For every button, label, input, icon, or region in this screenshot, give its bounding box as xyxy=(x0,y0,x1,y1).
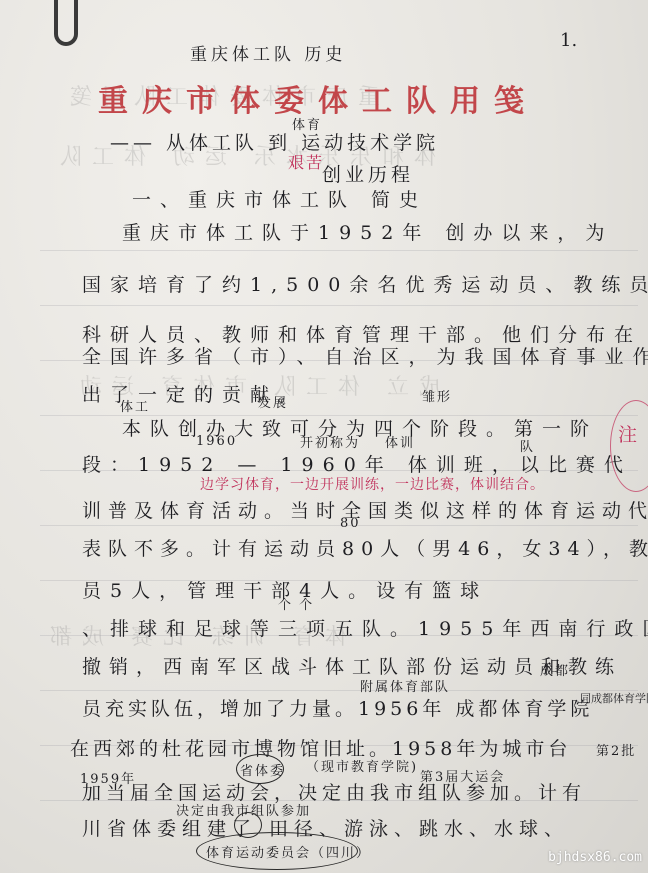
annotation-dayunhui: 第3届大运会 xyxy=(420,766,505,785)
annotation-tixun: 体训 xyxy=(385,432,415,451)
annotation-80: 80 xyxy=(340,516,361,531)
section-heading: 一、重庆市体工队 简史 xyxy=(132,185,427,212)
annotation-di2pi: 第2批 xyxy=(596,740,636,759)
body-line-2: 国家培育了约1,500余名优秀运动员、教练员、 xyxy=(82,270,648,297)
subtitle-line: 创业历程 xyxy=(322,160,414,187)
annotation-fushu: 附属体育部队 xyxy=(360,676,450,695)
annotation-chuxing: 雏形 xyxy=(422,386,452,405)
red-insert-annotation: 边学习体育，一边开展训练，一边比赛，体训结合。 xyxy=(200,474,545,494)
watermark: bjhdsx86.com xyxy=(548,850,642,865)
page-number: 1. xyxy=(560,30,577,51)
annotation-jiaoyu: （现市教育学院) xyxy=(306,756,418,775)
annotation-shengtiwei: 省体委 xyxy=(240,760,285,779)
subtitle-red-mark: 艰苦 xyxy=(288,150,324,173)
document-page: 重庆市体委体工队用笺 体和乐乐水乐 运动 体工队 成立 体工队 市体育 运动 体… xyxy=(0,0,648,873)
annotation-year-1960: 1960 xyxy=(196,434,237,449)
annotation-fazhan: 发展 xyxy=(258,392,288,411)
ruled-line xyxy=(40,690,638,691)
header-note: 重庆体工队 历史 xyxy=(190,40,346,65)
body-line-4: 全国许多省（市）、自治区，为我国体育事业作 xyxy=(82,342,648,369)
annotation-chengdu: 成都 xyxy=(540,660,570,679)
body-line-7: 段：1952 — 1960年 体训班，以比赛代 xyxy=(82,450,632,477)
annotation-kaichu: 开初称为 xyxy=(300,432,360,451)
ruled-line xyxy=(40,525,638,526)
letterhead-title: 重庆市体委体工队用笺 xyxy=(98,76,558,120)
paper-clip-icon xyxy=(54,0,78,46)
body-line-11: 、排球和足球等三项五队。1955年西南行政区 xyxy=(82,614,648,641)
annotation-bottom-circle: 体育运动委员会（四川） xyxy=(206,842,371,861)
annotation-ge: 个 个 xyxy=(278,594,314,613)
ruled-line xyxy=(40,250,638,251)
title-line: —— 从体工队 到 运动技术学院 xyxy=(110,128,439,155)
margin-note-red: 注 xyxy=(618,420,646,447)
body-line-15: 加当届全国运动会，决定由我市组队参加。计有 xyxy=(82,778,586,805)
body-line-9: 表队不多。计有运动员80人（男46，女34），教练 xyxy=(82,534,648,561)
body-line-8: 训普及体育活动。当时全国类似这样的体育运动代 xyxy=(82,496,648,523)
body-line-1: 重庆市体工队于1952年 创办以来，为 xyxy=(122,218,613,245)
ruled-line xyxy=(40,305,638,306)
annotation-tigong: 体工 xyxy=(120,396,150,415)
body-line-13: 员充实队伍，增加了力量。1956年 成都体育学院 xyxy=(82,694,593,721)
